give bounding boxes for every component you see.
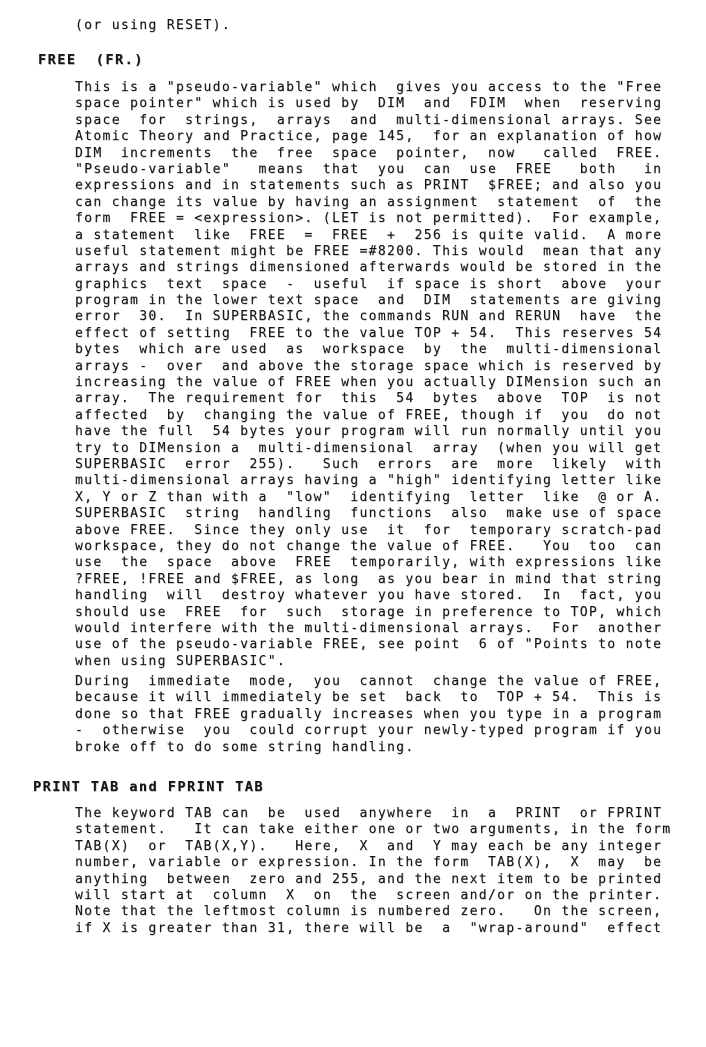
text-line: (or using RESET). <box>75 18 231 34</box>
scanned-document-page: (or using RESET). FREE (FR.) This is a "… <box>0 0 706 1047</box>
text-line: space for strings, arrays and multi-dime… <box>75 113 662 129</box>
text-line: ?FREE, !FREE and $FREE, as long as you b… <box>75 572 662 588</box>
print-tab-paragraph-1: The keyword TAB can be used anywhere in … <box>75 806 671 937</box>
text-line: - otherwise you could corrupt your newly… <box>75 723 662 739</box>
text-line: arrays and strings dimensioned afterward… <box>75 260 662 276</box>
text-line: program in the lower text space and DIM … <box>75 293 662 309</box>
text-line: "Pseudo-variable" means that you can use… <box>75 162 662 178</box>
text-line: array. The requirement for this 54 bytes… <box>75 391 662 407</box>
text-line: would interfere with the multi-dimension… <box>75 621 662 637</box>
text-line: workspace, they do not change the value … <box>75 539 662 555</box>
text-line: The keyword TAB can be used anywhere in … <box>75 806 671 822</box>
section-heading-free: FREE (FR.) <box>38 52 144 68</box>
text-line: space pointer" which is used by DIM and … <box>75 96 662 112</box>
text-line: can change its value by having an assign… <box>75 195 662 211</box>
text-line: useful statement might be FREE =#8200. T… <box>75 244 662 260</box>
text-line: multi-dimensional arrays having a "high"… <box>75 473 662 489</box>
text-line: Note that the leftmost column is numbere… <box>75 904 671 920</box>
text-line: a statement like FREE = FREE + 256 is qu… <box>75 228 662 244</box>
text-line: if X is greater than 31, there will be a… <box>75 921 671 937</box>
text-line: error 30. In SUPERBASIC, the commands RU… <box>75 309 662 325</box>
text-line: number, variable or expression. In the f… <box>75 855 671 871</box>
text-line: when using SUPERBASIC". <box>75 654 662 670</box>
text-line: During immediate mode, you cannot change… <box>75 674 662 690</box>
text-line: will start at column X on the screen and… <box>75 888 671 904</box>
text-line: SUPERBASIC error 255). Such errors are m… <box>75 457 662 473</box>
intro-paragraph: (or using RESET). <box>75 18 231 34</box>
text-line: increasing the value of FREE when you ac… <box>75 375 662 391</box>
text-line: TAB(X) or TAB(X,Y). Here, X and Y may ea… <box>75 839 671 855</box>
text-line: Atomic Theory and Practice, page 145, fo… <box>75 129 662 145</box>
text-line: done so that FREE gradually increases wh… <box>75 707 662 723</box>
text-line: bytes which are used as workspace by the… <box>75 342 662 358</box>
text-line: broke off to do some string handling. <box>75 740 662 756</box>
text-line: DIM increments the free space pointer, n… <box>75 146 662 162</box>
section-heading-print-tab: PRINT TAB and FPRINT TAB <box>33 779 264 795</box>
text-line: use of the pseudo-variable FREE, see poi… <box>75 637 662 653</box>
text-line: should use FREE for such storage in pref… <box>75 605 662 621</box>
text-line: use the space above FREE temporarily, wi… <box>75 555 662 571</box>
text-line: affected by changing the value of FREE, … <box>75 408 662 424</box>
free-paragraph-2: During immediate mode, you cannot change… <box>75 674 662 756</box>
text-line: try to DIMension a multi-dimensional arr… <box>75 441 662 457</box>
text-line: statement. It can take either one or two… <box>75 822 671 838</box>
text-line: have the full 54 bytes your program will… <box>75 424 662 440</box>
text-line: expressions and in statements such as PR… <box>75 178 662 194</box>
text-line: This is a "pseudo-variable" which gives … <box>75 80 662 96</box>
text-line: graphics text space - useful if space is… <box>75 277 662 293</box>
text-line: arrays - over and above the storage spac… <box>75 359 662 375</box>
free-paragraph-1: This is a "pseudo-variable" which gives … <box>75 80 662 670</box>
text-line: form FREE = <expression>. (LET is not pe… <box>75 211 662 227</box>
text-line: because it will immediately be set back … <box>75 690 662 706</box>
text-line: above FREE. Since they only use it for t… <box>75 523 662 539</box>
text-line: effect of setting FREE to the value TOP … <box>75 326 662 342</box>
text-line: SUPERBASIC string handling functions als… <box>75 506 662 522</box>
text-line: handling will destroy whatever you have … <box>75 588 662 604</box>
text-line: X, Y or Z than with a "low" identifying … <box>75 490 662 506</box>
text-line: anything between zero and 255, and the n… <box>75 872 671 888</box>
